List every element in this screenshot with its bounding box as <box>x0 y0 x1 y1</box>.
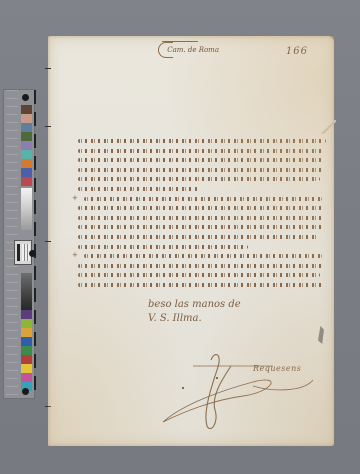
closing-formula: beso las manos de V. S. Illma. <box>148 298 241 326</box>
paper-hole <box>318 326 324 344</box>
handwritten-line <box>78 213 328 223</box>
grayscale-ramp-light <box>21 188 32 230</box>
handwritten-line <box>78 270 328 280</box>
margin-mark <box>45 406 51 407</box>
margin-mark <box>45 126 51 127</box>
closing-line-1: beso las manos de <box>148 298 241 312</box>
color-swatch <box>21 132 32 141</box>
letter-body: ++ <box>78 136 328 290</box>
handwritten-line <box>78 261 328 271</box>
handwritten-line <box>78 222 328 232</box>
color-swatch <box>21 373 32 382</box>
paper-tear <box>322 120 336 134</box>
color-swatch <box>21 310 32 319</box>
color-swatch <box>21 168 32 177</box>
margin-mark <box>45 68 51 69</box>
signature: Requesens <box>153 352 323 432</box>
target-registration-dot-mid <box>29 250 36 257</box>
color-swatch <box>21 123 32 132</box>
handwritten-line <box>78 280 328 290</box>
margin-mark <box>45 241 51 242</box>
closing-line-2: V. S. Illma. <box>148 312 241 326</box>
handwritten-line: + <box>78 194 328 204</box>
handwritten-line <box>78 184 328 194</box>
color-swatch <box>21 150 32 159</box>
signature-name: Requesens <box>253 364 301 373</box>
handwritten-line <box>78 146 328 156</box>
handwritten-line <box>78 165 328 175</box>
manuscript-page: Cam. de Roma 166 ++ beso las manos de V.… <box>48 36 334 446</box>
color-swatch <box>21 105 32 114</box>
handwritten-line <box>78 232 328 242</box>
color-swatch <box>21 328 32 337</box>
color-calibration-target <box>3 89 35 399</box>
handwritten-line <box>78 203 328 213</box>
header-annotation-text: Cam. de Roma <box>167 46 219 54</box>
color-swatch <box>21 319 32 328</box>
target-ruler <box>34 90 36 398</box>
color-swatches-top <box>21 105 32 186</box>
color-swatch <box>21 337 32 346</box>
color-swatch <box>21 159 32 168</box>
header-annotation: Cam. de Roma <box>158 42 219 58</box>
paragraph-mark: + <box>72 251 78 259</box>
paragraph-mark: + <box>72 194 78 202</box>
handwritten-line <box>78 174 328 184</box>
color-swatch <box>21 355 32 364</box>
color-swatch <box>21 114 32 123</box>
color-swatch <box>21 177 32 186</box>
handwritten-line <box>78 155 328 165</box>
folio-number: 166 <box>286 46 308 57</box>
color-swatch <box>21 141 32 150</box>
color-swatch <box>21 346 32 355</box>
target-registration-dot-top <box>22 94 29 101</box>
handwritten-line <box>78 136 328 146</box>
handwritten-line: + <box>78 251 328 261</box>
color-swatch <box>21 364 32 373</box>
color-swatches-bottom <box>21 310 32 391</box>
target-registration-dot-bottom <box>22 388 29 395</box>
handwritten-line <box>78 242 328 252</box>
